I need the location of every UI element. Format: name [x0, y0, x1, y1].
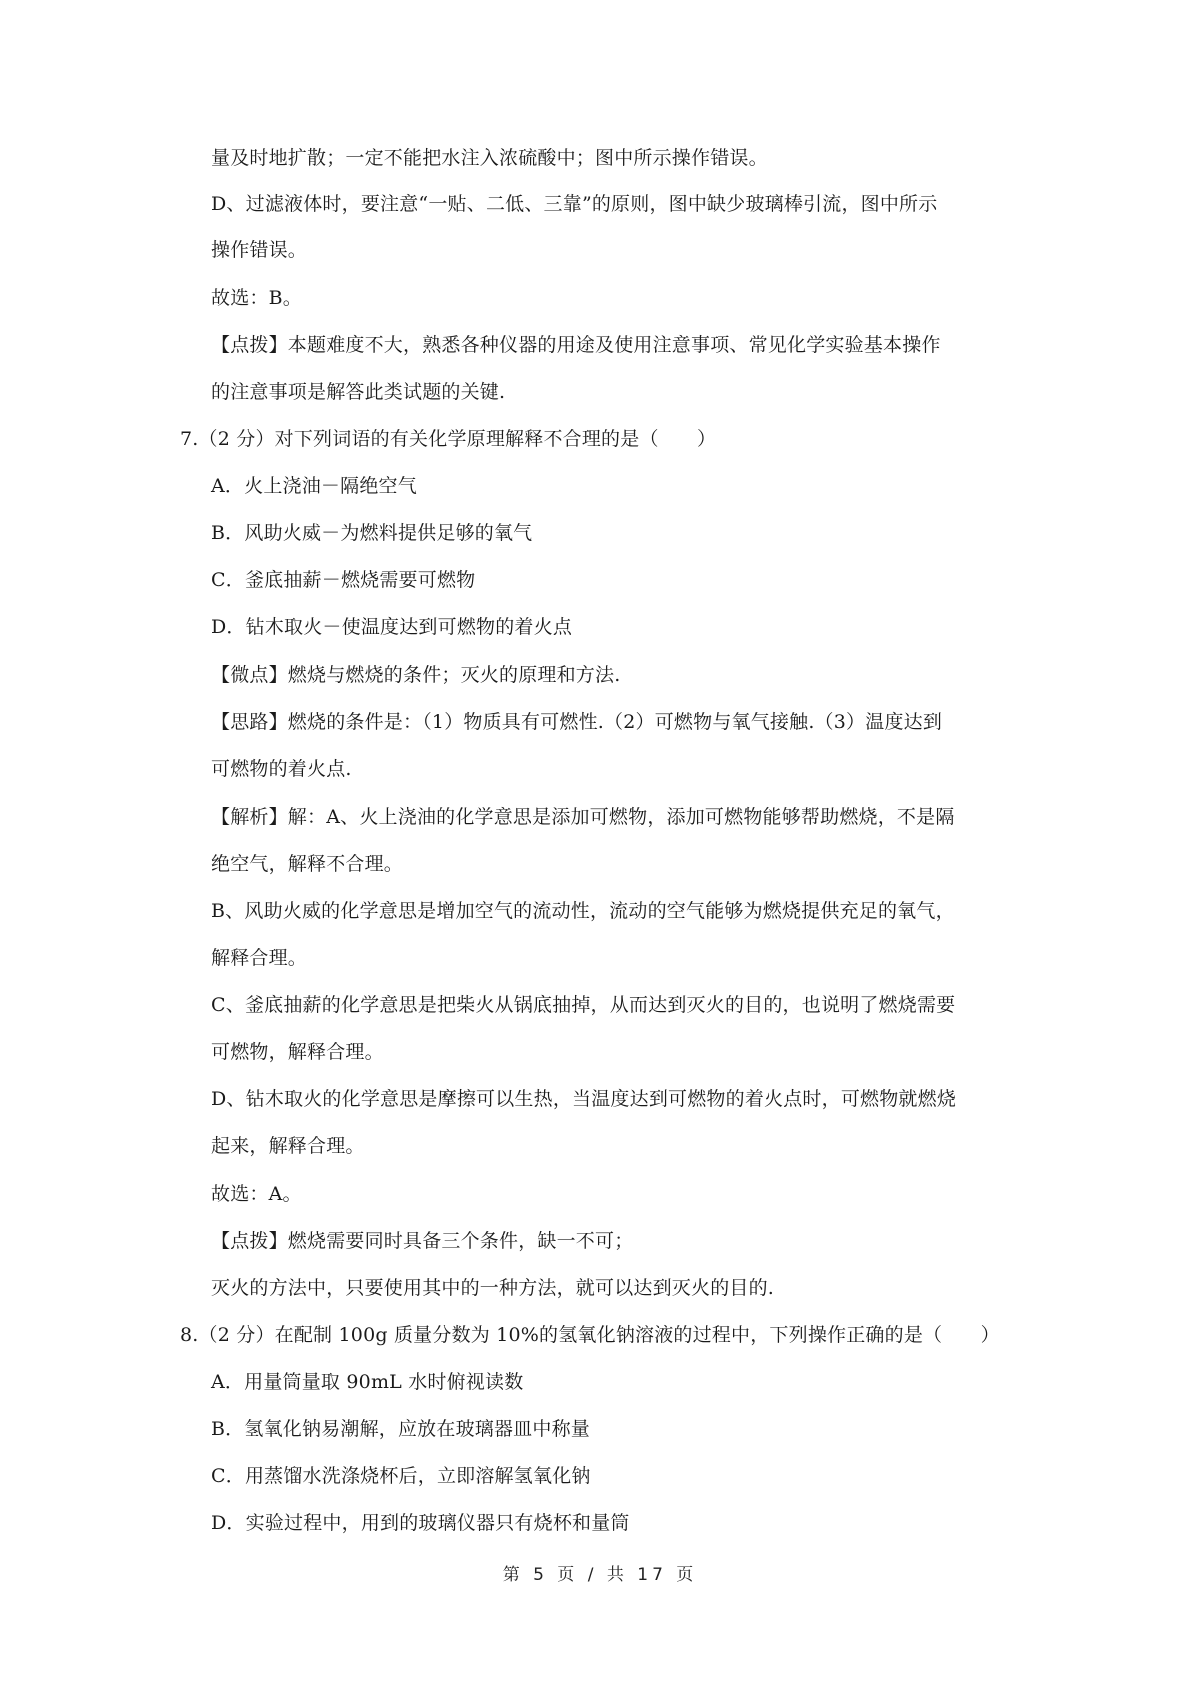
question-7-option-d: D．钻木取火－使温度达到可燃物的着火点	[211, 615, 572, 639]
question-7-jiexi: 起来，解释合理。	[211, 1134, 365, 1158]
question-7-jiexi: 解释合理。	[211, 946, 307, 970]
question-7-option-b: B．风助火威－为燃料提供足够的氧气	[211, 521, 532, 545]
tip-line: 【点拨】本题难度不大，熟悉各种仪器的用途及使用注意事项、常见化学实验基本操作	[211, 333, 941, 357]
document-page: 量及时地扩散；一定不能把水注入浓硫酸中；图中所示操作错误。 D、过滤液体时，要注…	[0, 0, 1200, 1698]
question-7-jiexi: 可燃物，解释合理。	[211, 1040, 384, 1064]
text-line: 操作错误。	[211, 238, 307, 262]
tip-line: 的注意事项是解答此类试题的关键.	[211, 380, 505, 404]
question-7-option-a: A．火上浇油－隔绝空气	[211, 474, 417, 498]
question-7-jiexi: 【解析】解：A、火上浇油的化学意思是添加可燃物，添加可燃物能够帮助燃烧，不是隔	[211, 805, 955, 829]
question-7-jiexi: B、风助火威的化学意思是增加空气的流动性，流动的空气能够为燃烧提供充足的氧气，	[211, 899, 955, 923]
text-line: 量及时地扩散；一定不能把水注入浓硫酸中；图中所示操作错误。	[211, 146, 768, 170]
question-7-weidian: 【微点】燃烧与燃烧的条件；灭火的原理和方法.	[211, 663, 620, 687]
question-7-jiexi: D、钻木取火的化学意思是摩擦可以生热，当温度达到可燃物的着火点时，可燃物就燃烧	[211, 1087, 956, 1111]
question-8-stem: 8.（2 分）在配制 100g 质量分数为 10%的氢氧化钠溶液的过程中，下列操…	[180, 1323, 1000, 1347]
text-line: D、过滤液体时，要注意“一贴、二低、三靠”的原则，图中缺少玻璃棒引流，图中所示	[211, 192, 937, 216]
answer-line: 故选：B。	[211, 286, 302, 310]
question-8-option-c: C．用蒸馏水洗涤烧杯后，立即溶解氢氧化钠	[211, 1464, 591, 1488]
question-8-option-b: B．氢氧化钠易潮解，应放在玻璃器皿中称量	[211, 1417, 590, 1441]
question-7-silu: 【思路】燃烧的条件是：（1）物质具有可燃性.（2）可燃物与氧气接触.（3）温度达…	[211, 710, 942, 734]
question-8-option-d: D．实验过程中，用到的玻璃仪器只有烧杯和量筒	[211, 1511, 630, 1535]
question-7-dianbo: 【点拨】燃烧需要同时具备三个条件，缺一不可；	[211, 1229, 633, 1253]
question-8-option-a: A．用量筒量取 90mL 水时俯视读数	[211, 1370, 523, 1394]
question-7-jiexi: C、釜底抽薪的化学意思是把柴火从锅底抽掉，从而达到灭火的目的，也说明了燃烧需要	[211, 993, 955, 1017]
question-7-silu: 可燃物的着火点.	[211, 757, 352, 781]
question-7-dianbo: 灭火的方法中，只要使用其中的一种方法，就可以达到灭火的目的.	[211, 1276, 774, 1300]
question-7-jiexi: 绝空气，解释不合理。	[211, 852, 403, 876]
question-7-stem: 7.（2 分）对下列词语的有关化学原理解释不合理的是（ ）	[180, 427, 716, 451]
question-7-option-c: C．釜底抽薪－燃烧需要可燃物	[211, 568, 475, 592]
page-number-footer: 第 5 页 / 共 17 页	[0, 1560, 1200, 1585]
question-7-answer: 故选：A。	[211, 1182, 302, 1206]
